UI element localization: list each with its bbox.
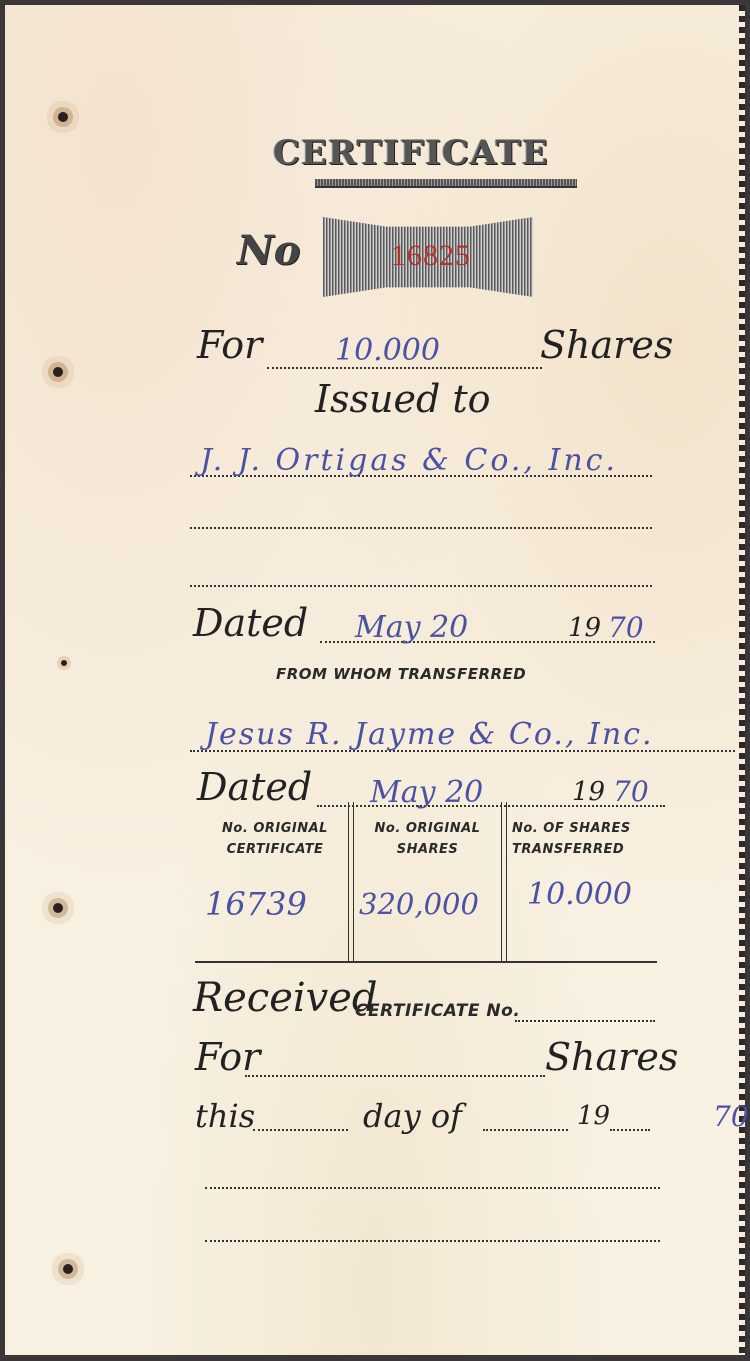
punch-hole-icon bbox=[63, 1264, 73, 1274]
transferred-from-field[interactable]: Jesus R. Jayme & Co., Inc. bbox=[205, 717, 654, 752]
margin-note: 70 bbox=[713, 1100, 749, 1133]
received-label: Received bbox=[193, 975, 378, 1021]
shares-transferred-field[interactable]: 10.000 bbox=[527, 877, 632, 912]
table-header-shares-transferred: No. OF SHARES TRANSFERRED bbox=[512, 818, 652, 860]
certificate-title: CERTIFICATE bbox=[273, 133, 583, 179]
table-header-original-certificate: No. ORIGINAL CERTIFICATE bbox=[205, 818, 345, 860]
transfer-year-field[interactable]: 70 bbox=[613, 775, 649, 808]
dated-field[interactable]: May 20 bbox=[355, 610, 468, 645]
receipt-shares-label: Shares bbox=[545, 1035, 678, 1079]
certificate-stub-paper: CERTIFICATE No 16825 For 10.000 Shares I… bbox=[5, 5, 745, 1355]
signature-line-2[interactable] bbox=[205, 1240, 660, 1242]
year-prefix: 19 bbox=[568, 613, 601, 643]
receipt-for-label: For bbox=[195, 1035, 260, 1079]
title-ornament-icon bbox=[315, 179, 577, 188]
punch-hole-icon bbox=[53, 903, 63, 913]
header-line: TRANSFERRED bbox=[512, 839, 652, 860]
signature-line-1[interactable] bbox=[205, 1187, 660, 1189]
certificate-title-text: CERTIFICATE bbox=[273, 133, 549, 173]
day-field[interactable] bbox=[253, 1129, 348, 1131]
year-field[interactable]: 70 bbox=[608, 611, 644, 644]
receipt-year-field[interactable] bbox=[610, 1129, 650, 1131]
punch-hole-icon bbox=[61, 660, 67, 666]
transfer-dated-field[interactable]: May 20 bbox=[370, 775, 483, 810]
day-of-label: day of bbox=[363, 1097, 462, 1135]
certificate-no-label: CERTIFICATE No. bbox=[355, 1001, 520, 1021]
issued-to-field[interactable]: J. J. Ortigas & Co., Inc. bbox=[200, 443, 618, 478]
header-line: No. OF SHARES bbox=[512, 818, 652, 839]
number-mark: No bbox=[237, 227, 300, 274]
punch-hole-icon bbox=[53, 367, 63, 377]
original-shares-field[interactable]: 320,000 bbox=[359, 887, 479, 921]
this-label: this bbox=[195, 1097, 255, 1135]
receipt-shares-field[interactable] bbox=[245, 1075, 545, 1077]
shares-count-field[interactable]: 10.000 bbox=[335, 333, 440, 368]
table-bottom-rule bbox=[195, 961, 657, 963]
issued-to-line-3 bbox=[190, 585, 652, 587]
header-line: CERTIFICATE bbox=[205, 839, 345, 860]
issued-to-line-2 bbox=[190, 527, 652, 529]
table-divider bbox=[501, 802, 507, 962]
header-line: SHARES bbox=[360, 839, 495, 860]
transfer-dated-label: Dated bbox=[197, 765, 312, 809]
certificate-number: 16825 bbox=[391, 239, 471, 273]
receipt-year-prefix: 19 bbox=[577, 1101, 610, 1131]
dated-label: Dated bbox=[193, 601, 308, 645]
table-divider bbox=[348, 802, 354, 962]
shares-label: Shares bbox=[540, 323, 673, 367]
perforated-edge bbox=[739, 5, 745, 1355]
for-label: For bbox=[197, 323, 262, 367]
from-whom-transferred-heading: FROM WHOM TRANSFERRED bbox=[276, 665, 526, 683]
punch-hole-icon bbox=[58, 112, 68, 122]
issued-to-label: Issued to bbox=[315, 377, 491, 421]
transfer-year-prefix: 19 bbox=[572, 777, 605, 807]
certificate-no-field[interactable] bbox=[515, 1020, 655, 1022]
header-line: No. ORIGINAL bbox=[360, 818, 495, 839]
table-header-original-shares: No. ORIGINAL SHARES bbox=[360, 818, 495, 860]
month-field[interactable] bbox=[483, 1129, 568, 1131]
original-certificate-field[interactable]: 16739 bbox=[205, 885, 307, 923]
header-line: No. ORIGINAL bbox=[205, 818, 345, 839]
